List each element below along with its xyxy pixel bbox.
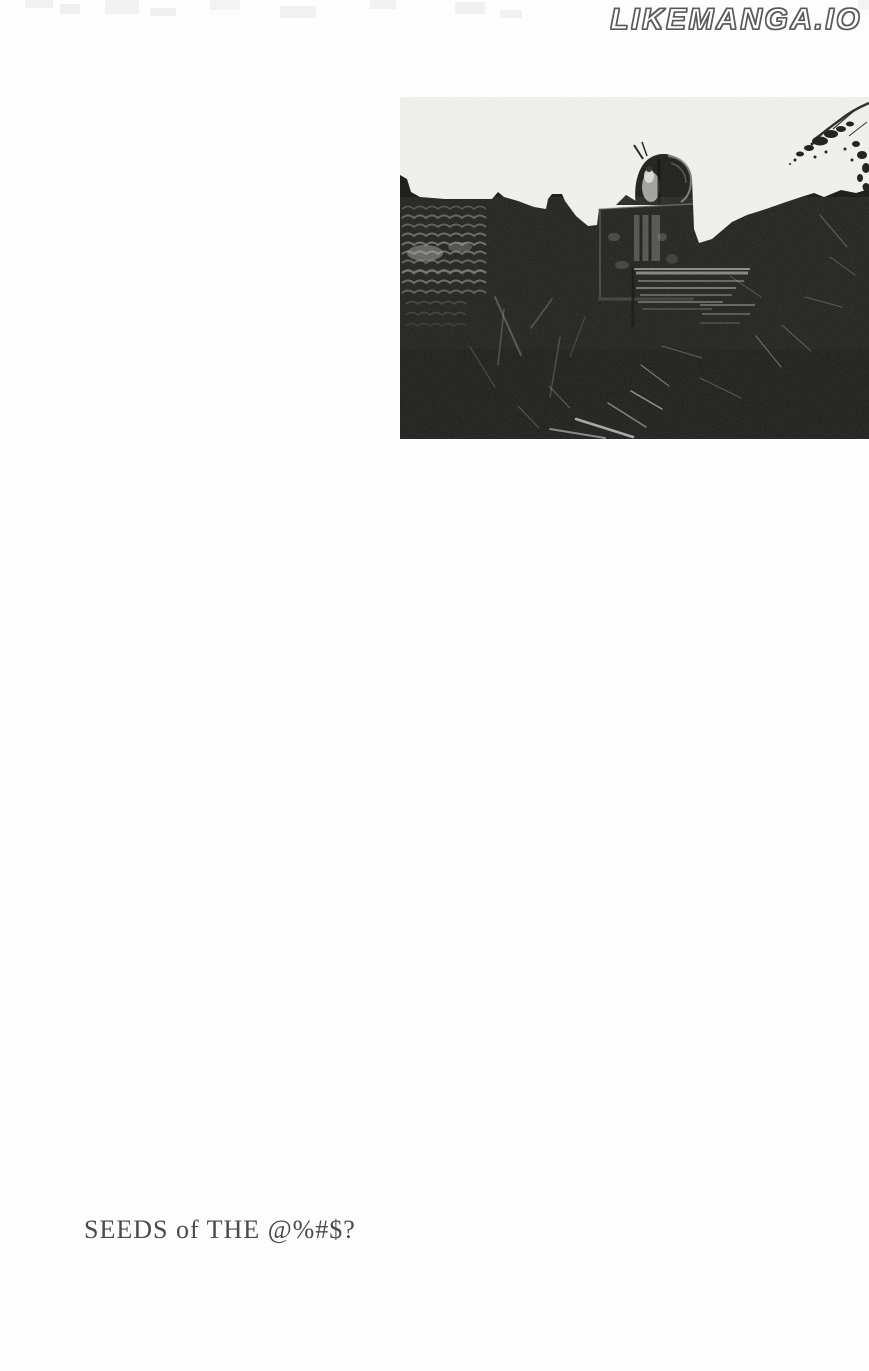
noise-spot — [455, 2, 485, 14]
noise-spot — [280, 6, 316, 18]
noise-spot — [210, 0, 240, 10]
photo-illustration — [400, 97, 869, 439]
noise-spot — [105, 0, 139, 14]
site-watermark: LIKEMANGA.IO — [610, 3, 862, 37]
film-grain — [400, 97, 869, 439]
noise-spot — [25, 0, 53, 8]
noise-spot — [60, 4, 80, 14]
noise-spot — [150, 8, 176, 16]
noise-spot — [370, 0, 396, 9]
chapter-title-photograph — [400, 97, 869, 439]
chapter-title-text: SEEDS of THE @%#$? — [84, 1215, 356, 1245]
noise-spot — [500, 10, 522, 18]
manga-scan-page: LIKEMANGA.IO — [0, 0, 869, 1371]
